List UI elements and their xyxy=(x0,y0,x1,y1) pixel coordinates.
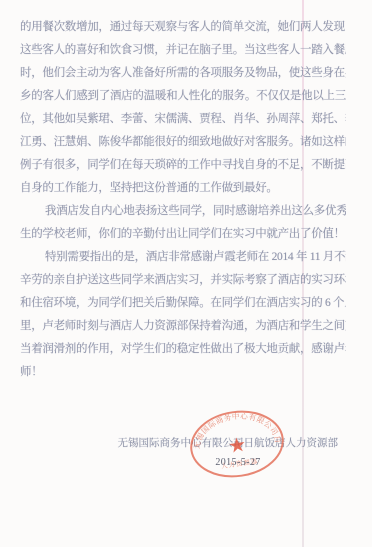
body-line: 自身的工作能力，坚持把这份普通的工作做到最好。 xyxy=(20,177,346,200)
letter-body: 的用餐次数增加，通过每天观察与客人的简单交流，她们两人发现了 这些客人的喜好和饮… xyxy=(20,16,346,384)
star-icon: ★ xyxy=(227,432,248,458)
signature-date: 2015-5-27 xyxy=(212,457,264,468)
body-line: 位，其他如吴紫珺、李蕾、宋儒满、贾程、肖华、孙周萍、郑托、李 xyxy=(20,108,346,131)
body-line: 师！ xyxy=(20,361,346,384)
body-line: 里，卢老师时刻与酒店人力资源部保持着沟通，为酒店和学生之间充 xyxy=(20,315,346,338)
body-line: 特别需要指出的是，酒店非常感谢卢霞老师在 2014 年 11 月不辞 xyxy=(20,246,346,269)
body-line: 我酒店发自内心地表扬这些同学，同时感谢培养出这么多优秀学 xyxy=(20,200,346,223)
body-line: 例子有很多，同学们在每天琐碎的工作中寻找自身的不足，不断提高 xyxy=(20,154,346,177)
seal-group: 无锡国际商务中心有限公司日航饭店 ★ 人力资源部 xyxy=(186,406,287,483)
scanned-letter-page: 的用餐次数增加，通过每天观察与客人的简单交流，她们两人发现了 这些客人的喜好和饮… xyxy=(0,0,372,547)
body-line: 时，他们会主动为客人准备好所需的各项服务及物品，使这些身在异 xyxy=(20,62,346,85)
body-line: 当着润滑剂的作用，对学生们的稳定性做出了极大地贡献，感谢卢老 xyxy=(20,338,346,361)
body-line: 这些客人的喜好和饮食习惯，并记在脑子里。当这些客人一踏入餐厅 xyxy=(20,39,346,62)
body-line: 江勇、汪慧娟、陈俊华都能很好的细致地做好对客服务。诸如这样的 xyxy=(20,131,346,154)
body-line: 生的学校老师，你们的辛勤付出让同学们在实习中就产出了价值！ xyxy=(20,223,346,246)
body-line: 的用餐次数增加，通过每天观察与客人的简单交流，她们两人发现了 xyxy=(20,16,346,39)
body-line: 乡的客人们感到了酒店的温暖和人性化的服务。不仅仅是他以上三 xyxy=(20,85,346,108)
company-seal-stamp: 无锡国际商务中心有限公司日航饭店 ★ 人力资源部 xyxy=(186,406,290,486)
body-line: 和住宿环境，为同学们把关后勤保障。在同学们在酒店实习的 6 个月 xyxy=(20,292,346,315)
body-line: 辛劳的亲自护送这些同学来酒店实习，并实际考察了酒店的实习环境 xyxy=(20,269,346,292)
